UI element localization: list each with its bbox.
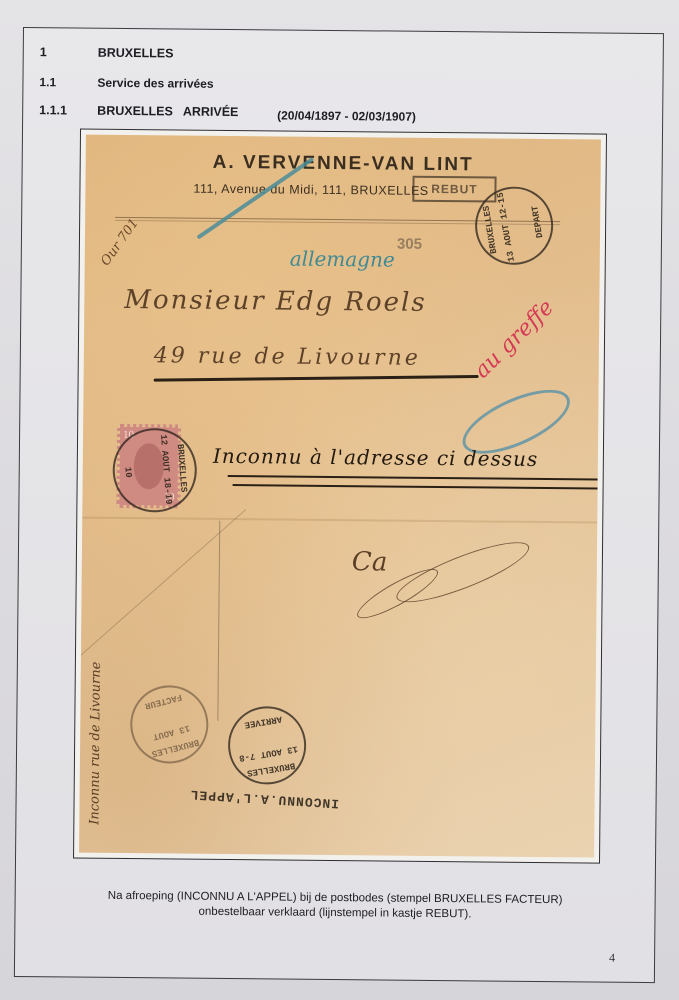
- fold-line: [82, 517, 597, 524]
- signature-flourish: [391, 531, 535, 613]
- street-strikethrough: [154, 375, 479, 382]
- handwritten-back-note: Inconnu rue de Livourne: [87, 662, 104, 825]
- postmark-text: BRUXELLES: [174, 428, 190, 509]
- flap-edge: [217, 521, 220, 721]
- handwritten-unknown-note: Inconnu à l'adresse ci dessus: [213, 444, 539, 471]
- letterhead-address: 111, Avenue du Midi, 111, BRUXELLES: [193, 182, 428, 198]
- postmark-date: 12 AOUT 18-19: [158, 429, 174, 510]
- heading-1-title: BRUXELLES: [98, 46, 174, 61]
- postmark-text: DEPART: [527, 184, 549, 259]
- numeral-mark: 305: [397, 236, 422, 253]
- postmark-facteur: BRUXELLES 13 AOUT FACTEUR: [122, 677, 217, 772]
- postmark-text: ARRIVEE: [226, 711, 301, 733]
- heading-3-title: BRUXELLES ARRIVÉE: [97, 104, 238, 119]
- underline: [228, 475, 598, 481]
- letterhead-company: A. VERVENNE-VAN LINT: [86, 151, 601, 178]
- page-number: 4: [609, 951, 615, 966]
- caption: Na afroeping (INCONNU A L'APPEL) bij de …: [15, 888, 654, 924]
- postmark-text: FACTEUR: [126, 687, 200, 715]
- date-range: (20/04/1897 - 02/03/1907): [277, 108, 416, 123]
- handwritten-initial: Ca: [352, 547, 388, 577]
- heading-2-number: 1.1: [39, 75, 56, 89]
- flap-diagonal: [81, 509, 247, 655]
- underline: [233, 484, 598, 490]
- handwritten-country: allemagne: [290, 247, 395, 272]
- postmark-arrivee: BRUXELLES 13 AOUT 7-8 ARRIVEE: [222, 701, 312, 791]
- handwritten-addressee: Monsieur Edg Roels: [124, 285, 427, 318]
- heading-1-number: 1: [40, 45, 47, 59]
- inconnu-a-lappel-line-cancel: INCONNU.A.L'APPEL: [189, 787, 339, 811]
- handwritten-street: 49 rue de Livourne: [154, 343, 421, 371]
- envelope: A. VERVENNE-VAN LINT 111, Avenue du Midi…: [79, 135, 601, 858]
- handwritten-greffe-note: au greffe: [470, 295, 559, 383]
- album-page-frame: 1 BRUXELLES 1.1 Service des arrivées 1.1…: [14, 27, 664, 983]
- heading-3-number: 1.1.1: [39, 103, 67, 117]
- postmark-depart: BRUXELLES 13 AOUT 12-15 DEPART: [469, 181, 559, 271]
- heading-2-title: Service des arrivées: [97, 76, 213, 91]
- handwritten-aside: Our 701: [98, 216, 142, 269]
- cover-photo: A. VERVENNE-VAN LINT 111, Avenue du Midi…: [73, 129, 607, 864]
